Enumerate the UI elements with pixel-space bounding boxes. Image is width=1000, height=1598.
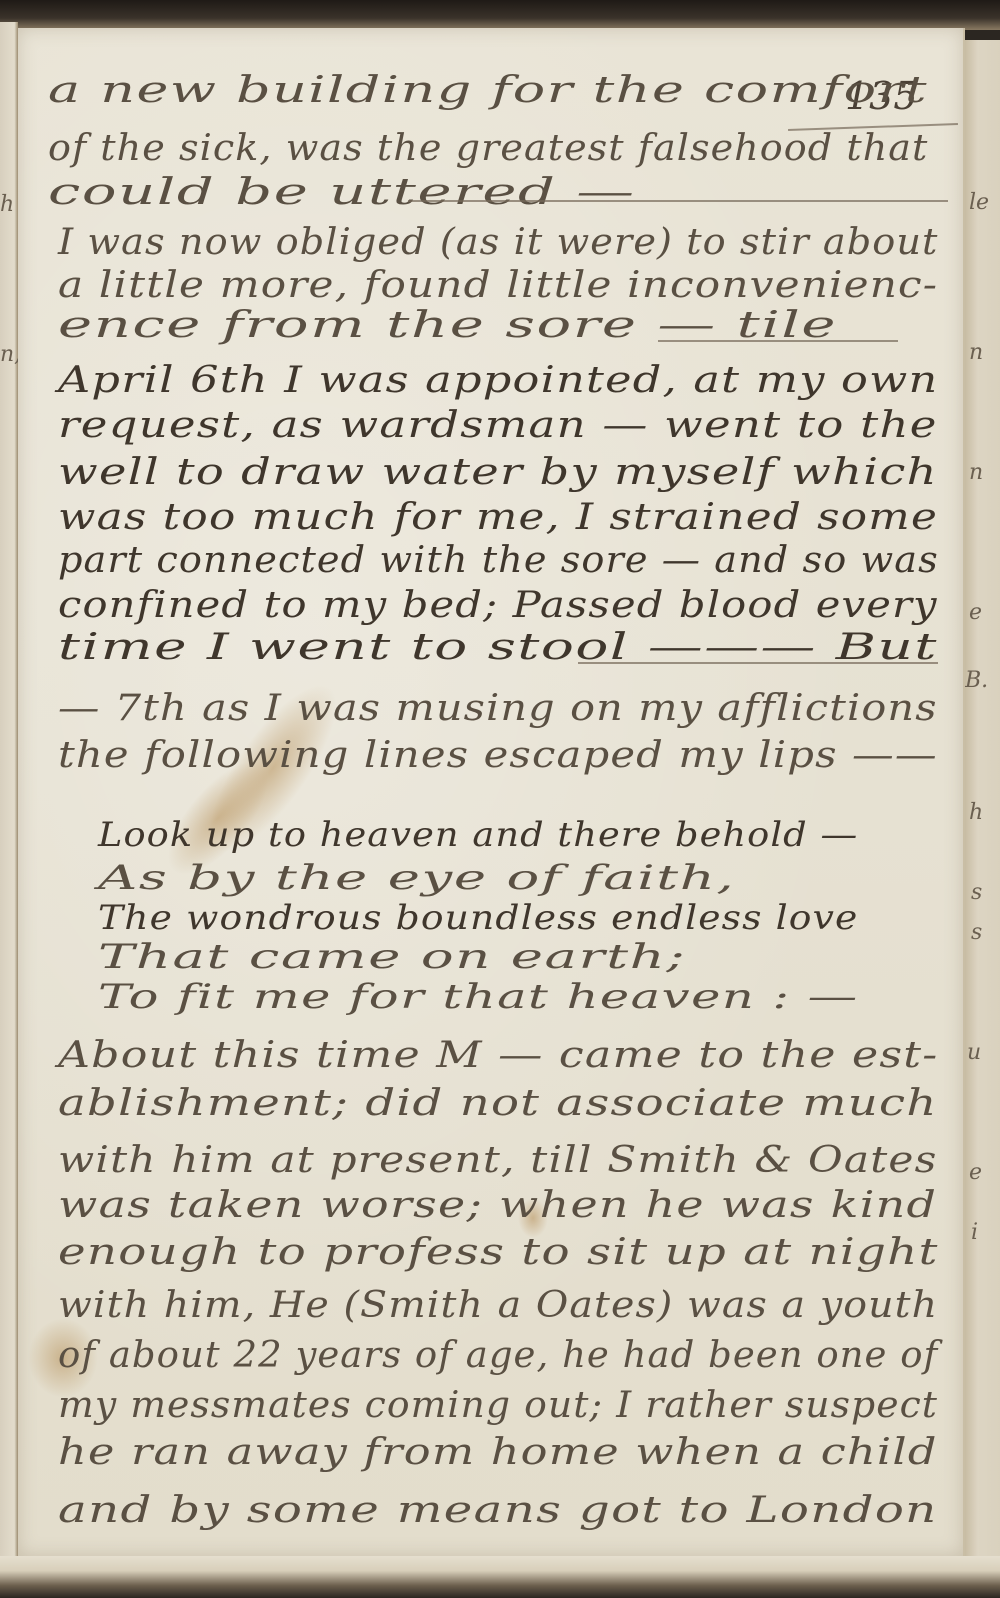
margin-fragment: e [969,1160,982,1185]
margin-fragment: i [971,1220,978,1245]
text-line: he ran away from home when a child [58,1432,938,1473]
poem-line: Look up to heaven and there behold — [98,815,858,855]
poem-line: The wondrous boundless endless love [98,898,858,938]
text-line: the following lines escaped my lips —— [58,735,938,776]
margin-fragment: n [969,460,983,485]
text-line: a new building for the comfort [48,70,928,111]
text-line: my messmates coming out; I rather suspec… [58,1385,938,1426]
book-binding-bottom [0,1556,1000,1598]
margin-fragment: B. [965,668,988,693]
line-filler-rule [578,662,938,664]
margin-fragment: u [967,1040,981,1065]
book-binding-top [0,0,1000,30]
poem-line: To fit me for that heaven : — [98,977,859,1017]
previous-page-edge: h n, [0,22,18,1562]
text-line: confined to my bed; Passed blood every [58,585,938,626]
margin-fragment: s [971,880,982,905]
text-line: request, as wardsman — went to the [58,405,938,446]
text-line: was too much for me, I strained some [58,497,938,538]
manuscript-page: 135 a new building for the comfort of th… [18,28,965,1556]
line-filler-rule [408,200,948,202]
text-line: April 6th I was appointed, at my own [58,360,938,401]
poem-line: That came on earth; [98,937,686,977]
poem-line: As by the eye of faith, [98,858,735,898]
text-line: part connected with the sore — and so wa… [58,540,939,581]
text-line: enough to profess to sit up at night [58,1232,939,1273]
margin-fragment: e [969,600,982,625]
next-page-edge: le n n e B. h s s u e i [963,40,1000,1570]
text-line: ablishment; did not associate much [58,1083,938,1124]
text-line: could be uttered — [48,172,636,213]
margin-fragment: h [969,800,983,825]
text-line: — 7th as I was musing on my afflictions [58,688,938,729]
text-line: with him, He (Smith a Oates) was a youth [58,1285,938,1326]
margin-fragment: le [969,190,989,215]
text-line: I was now obliged (as it were) to stir a… [58,222,938,263]
line-filler-rule [658,340,898,342]
text-line: of the sick, was the greatest falsehood … [48,128,928,169]
text-line: was taken worse; when he was kind [58,1185,937,1226]
text-line: a little more, found little inconvenienc… [58,265,938,306]
text-line: with him at present, till Smith & Oates [58,1140,938,1181]
margin-fragment: n [969,340,983,365]
text-line: of about 22 years of age, he had been on… [58,1335,938,1376]
margin-fragment: s [971,920,982,945]
text-line: well to draw water by myself which [58,452,938,493]
text-line: About this time M — came to the est- [58,1035,938,1076]
text-line: and by some means got to London [58,1490,938,1531]
margin-fragment: h [0,192,14,217]
